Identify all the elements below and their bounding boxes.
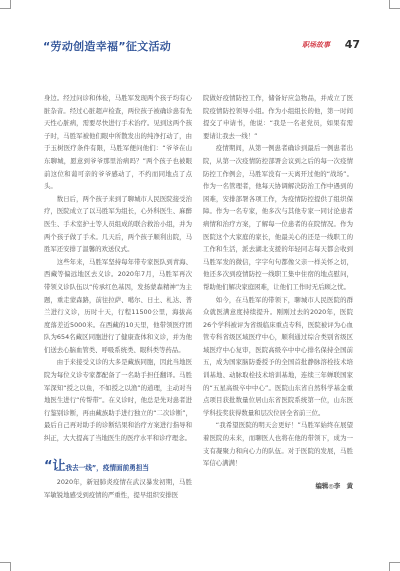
- subheading-lead: “让: [44, 459, 66, 474]
- section-tag: 职场故事: [302, 40, 330, 50]
- crop-mark-top-left: [0, 0, 11, 9]
- paragraph: “我希望医院的明天会更好！”马胜军始终在展望着医院的未来，而聊医人也将在他的带领…: [203, 419, 353, 469]
- crop-mark-bottom-left: [0, 562, 11, 571]
- crop-mark-bottom-right: [389, 562, 400, 571]
- paragraph: 院做好疫情防控工作，储备好应急物品，并成立了医院疫情防控领导小组。作为小组组长的…: [203, 92, 353, 142]
- section-subheading: “让我去一线”，疫情面前勇担当: [44, 461, 192, 475]
- editor-byline: 编辑◎李 黄: [203, 480, 353, 493]
- paragraph: 身边。经过问诊和体检，马胜军发现两个孩子均有心脏杂音。经过心脏超声检查，两位孩子…: [44, 92, 192, 193]
- left-column: 身边。经过问诊和体检，马胜军发现两个孩子均有心脏杂音。经过心脏超声检查，两位孩子…: [44, 92, 192, 501]
- paragraph: 由于来接受义诊的大多是藏族同胞，因此当地医院为每位义诊专家都配备了一名助手担任翻…: [44, 356, 192, 444]
- subheading-text: 我去一线”，疫情面前勇担当: [66, 464, 149, 472]
- right-column: 院做好疫情防控工作，储备好应急物品，并成立了医院疫情防控领导小组。作为小组组长的…: [203, 92, 353, 492]
- paragraph: 2020年，新冠肺炎疫情在武汉暴发初期，马胜军敏锐地感受到疫情的严重性，提早组织…: [44, 476, 192, 501]
- paragraph: 如今，在马胜军的带领下，聊城市人民医院的群众就医满意度持续提升。刚刚过去的202…: [203, 294, 353, 420]
- page-number: 47: [345, 38, 360, 51]
- paragraph: 这些年来，马胜军坚持每年带专家医队到青海、西藏等偏远地区去义诊。2020年7月，…: [44, 256, 192, 357]
- campaign-title: “劳动创造幸福”征文活动: [43, 38, 171, 54]
- paragraph: 数日后，两个孩子来到了聊城市人民医院接受治疗，医院成立了以马胜军为组长，心外科医…: [44, 193, 192, 256]
- page-header: “劳动创造幸福”征文活动 职场故事 47: [43, 38, 360, 52]
- paragraph: 疫情期间，从第一例患者确诊到最后一例患者出院，从第一次疫情防控部署会议到之后的每…: [203, 142, 353, 293]
- crop-mark-top-right: [389, 0, 400, 9]
